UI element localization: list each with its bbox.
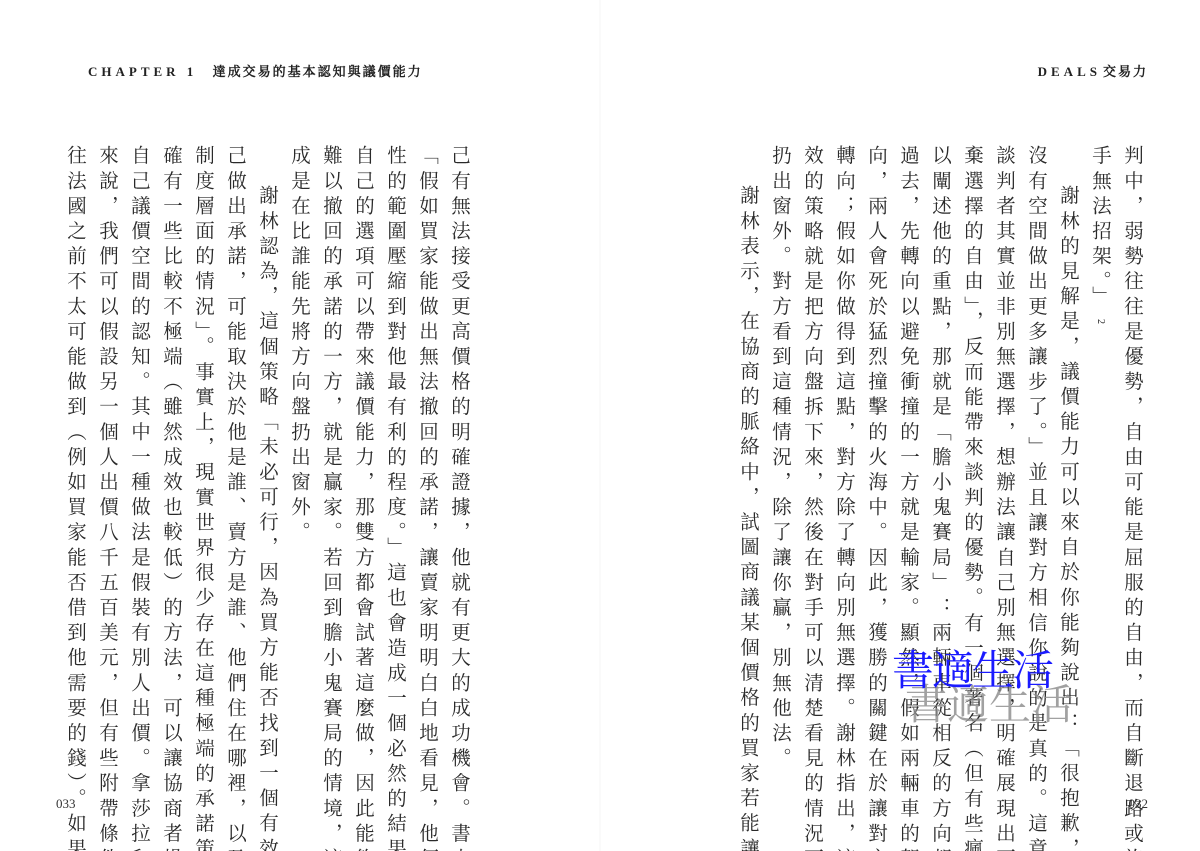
text-line: 往法國之前不太可能做到（例如買家能否借到他需要的錢）。如果莎拉還是能夠 <box>59 145 91 765</box>
page-number: 032 <box>1129 796 1149 812</box>
text-line: 沒有空間做出更多讓步了。」並且讓對方相信你說的是真的。這意味著，即使 <box>1020 145 1052 765</box>
text-line: 己有無法接受更高價格的明確證據，他就有更大的成功機會。書中如此闡述： <box>443 145 475 765</box>
text-line-content: 手無法招架。」 <box>1089 145 1112 311</box>
text-line: 謝林表示，在協商的脈絡中，試圖商議某個價格的買家若能讓賣家看見自 <box>732 145 764 765</box>
body-text-right: 判中，弱勢往往是優勢，自由可能是屈服的自由，而自斷退路或許就足以讓對 手無法招架… <box>688 145 1148 765</box>
text-line: 談判者其實並非別無選擇，想辦法讓自己別無選擇，明確展現出不可逆地放 <box>988 145 1020 765</box>
chapter-label: CHAPTER 1 <box>88 64 197 79</box>
text-line: 轉向；假如你做得到這點，對方除了轉向別無選擇。謝林指出，這種比賽最有 <box>828 145 860 765</box>
text-line: 判中，弱勢往往是優勢，自由可能是屈服的自由，而自斷退路或許就足以讓對 <box>1116 145 1148 765</box>
text-line: 成是在比誰能先將方向盤扔出窗外。 <box>283 145 315 765</box>
text-line: 謝林認為，這個策略「未必可行，因為買方能否找到一個有效的方式讓自 <box>251 145 283 765</box>
text-line: 過去，先轉向以避免衝撞的一方就是輸家。顯然，假如兩輛車的駕駛都沒轉 <box>892 145 924 765</box>
running-head-book: DEALS交易力 <box>1038 61 1148 80</box>
text-line: 來說，我們可以假設另一個人出價八千五百美元，但有些附帶條件，在莎拉前 <box>91 145 123 765</box>
running-head-chapter: CHAPTER 1 達成交易的基本認知與議價能力 <box>88 61 423 80</box>
text-line: 「假如買家能做出無法撤回的承諾，讓賣家明明白白地看見，他便能將不確定 <box>411 145 443 765</box>
text-line: 己做出承諾，可能取決於他是誰、賣方是誰、他們住在哪裡，以及一些法律和 <box>219 145 251 765</box>
text-line: 以闡述他的重點，那就是「膽小鬼賽局」：兩輛車從相反的方向朝對方迎面衝 <box>924 145 956 765</box>
chapter-title: 達成交易的基本認知與議價能力 <box>213 64 423 79</box>
book-title-cn: 交易力 <box>1103 64 1148 79</box>
text-line: 確有一些比較不極端（雖然成效也較低）的方法，可以讓協商者操控另一方對 <box>155 145 187 765</box>
right-page: DEALS交易力 判中，弱勢往往是優勢，自由可能是屈服的自由，而自斷退路或許就足… <box>600 0 1200 851</box>
text-line: 扔出窗外。對方看到這種情況，除了讓你贏，別無他法。 <box>764 145 796 765</box>
text-line: 效的策略就是把方向盤拆下來，然後在對手可以清楚看見的情況下，將方向盤 <box>796 145 828 765</box>
text-line: 制度層面的情況」。事實上，現實世界很少存在這種極端的承諾策略。不過，的 <box>187 145 219 765</box>
text-line: 棄選擇的自由」，反而能帶來談判的優勢。有一個著名（但有些瘋狂）的例子可 <box>956 145 988 765</box>
text-line: 向，兩人會死於猛烈撞擊的火海中。因此，獲勝的關鍵在於讓對方相信你不會 <box>860 145 892 765</box>
body-text-left: 己有無法接受更高價格的明確證據，他就有更大的成功機會。書中如此闡述： 「假如買家… <box>35 145 475 765</box>
book-title-en: DEALS <box>1038 64 1101 79</box>
text-line: 手無法招架。」2 <box>1084 145 1116 765</box>
left-page: CHAPTER 1 達成交易的基本認知與議價能力 己有無法接受更高價格的明確證據… <box>0 0 600 851</box>
text-line: 自己的選項可以帶來議價能力，那雙方都會試著這麼做，因此能夠更快做出更 <box>347 145 379 765</box>
text-line: 謝林的見解是，議價能力可以來自於你能夠說出：「很抱歉，但是我真的 <box>1052 145 1084 765</box>
page-number: 033 <box>56 796 76 812</box>
text-line: 性的範圍壓縮到對他最有利的程度。」這也會造成一個必然的結果：倘若切斷 <box>379 145 411 765</box>
footnote-marker[interactable]: 2 <box>1095 311 1106 324</box>
text-line: 自己議價空間的認知。其中一種做法是假裝有別人出價。拿莎拉和吉姆的例子 <box>123 145 155 765</box>
text-line: 難以撤回的承諾的一方，就是贏家。若回到膽小鬼賽局的情境，這場比賽會變 <box>315 145 347 765</box>
